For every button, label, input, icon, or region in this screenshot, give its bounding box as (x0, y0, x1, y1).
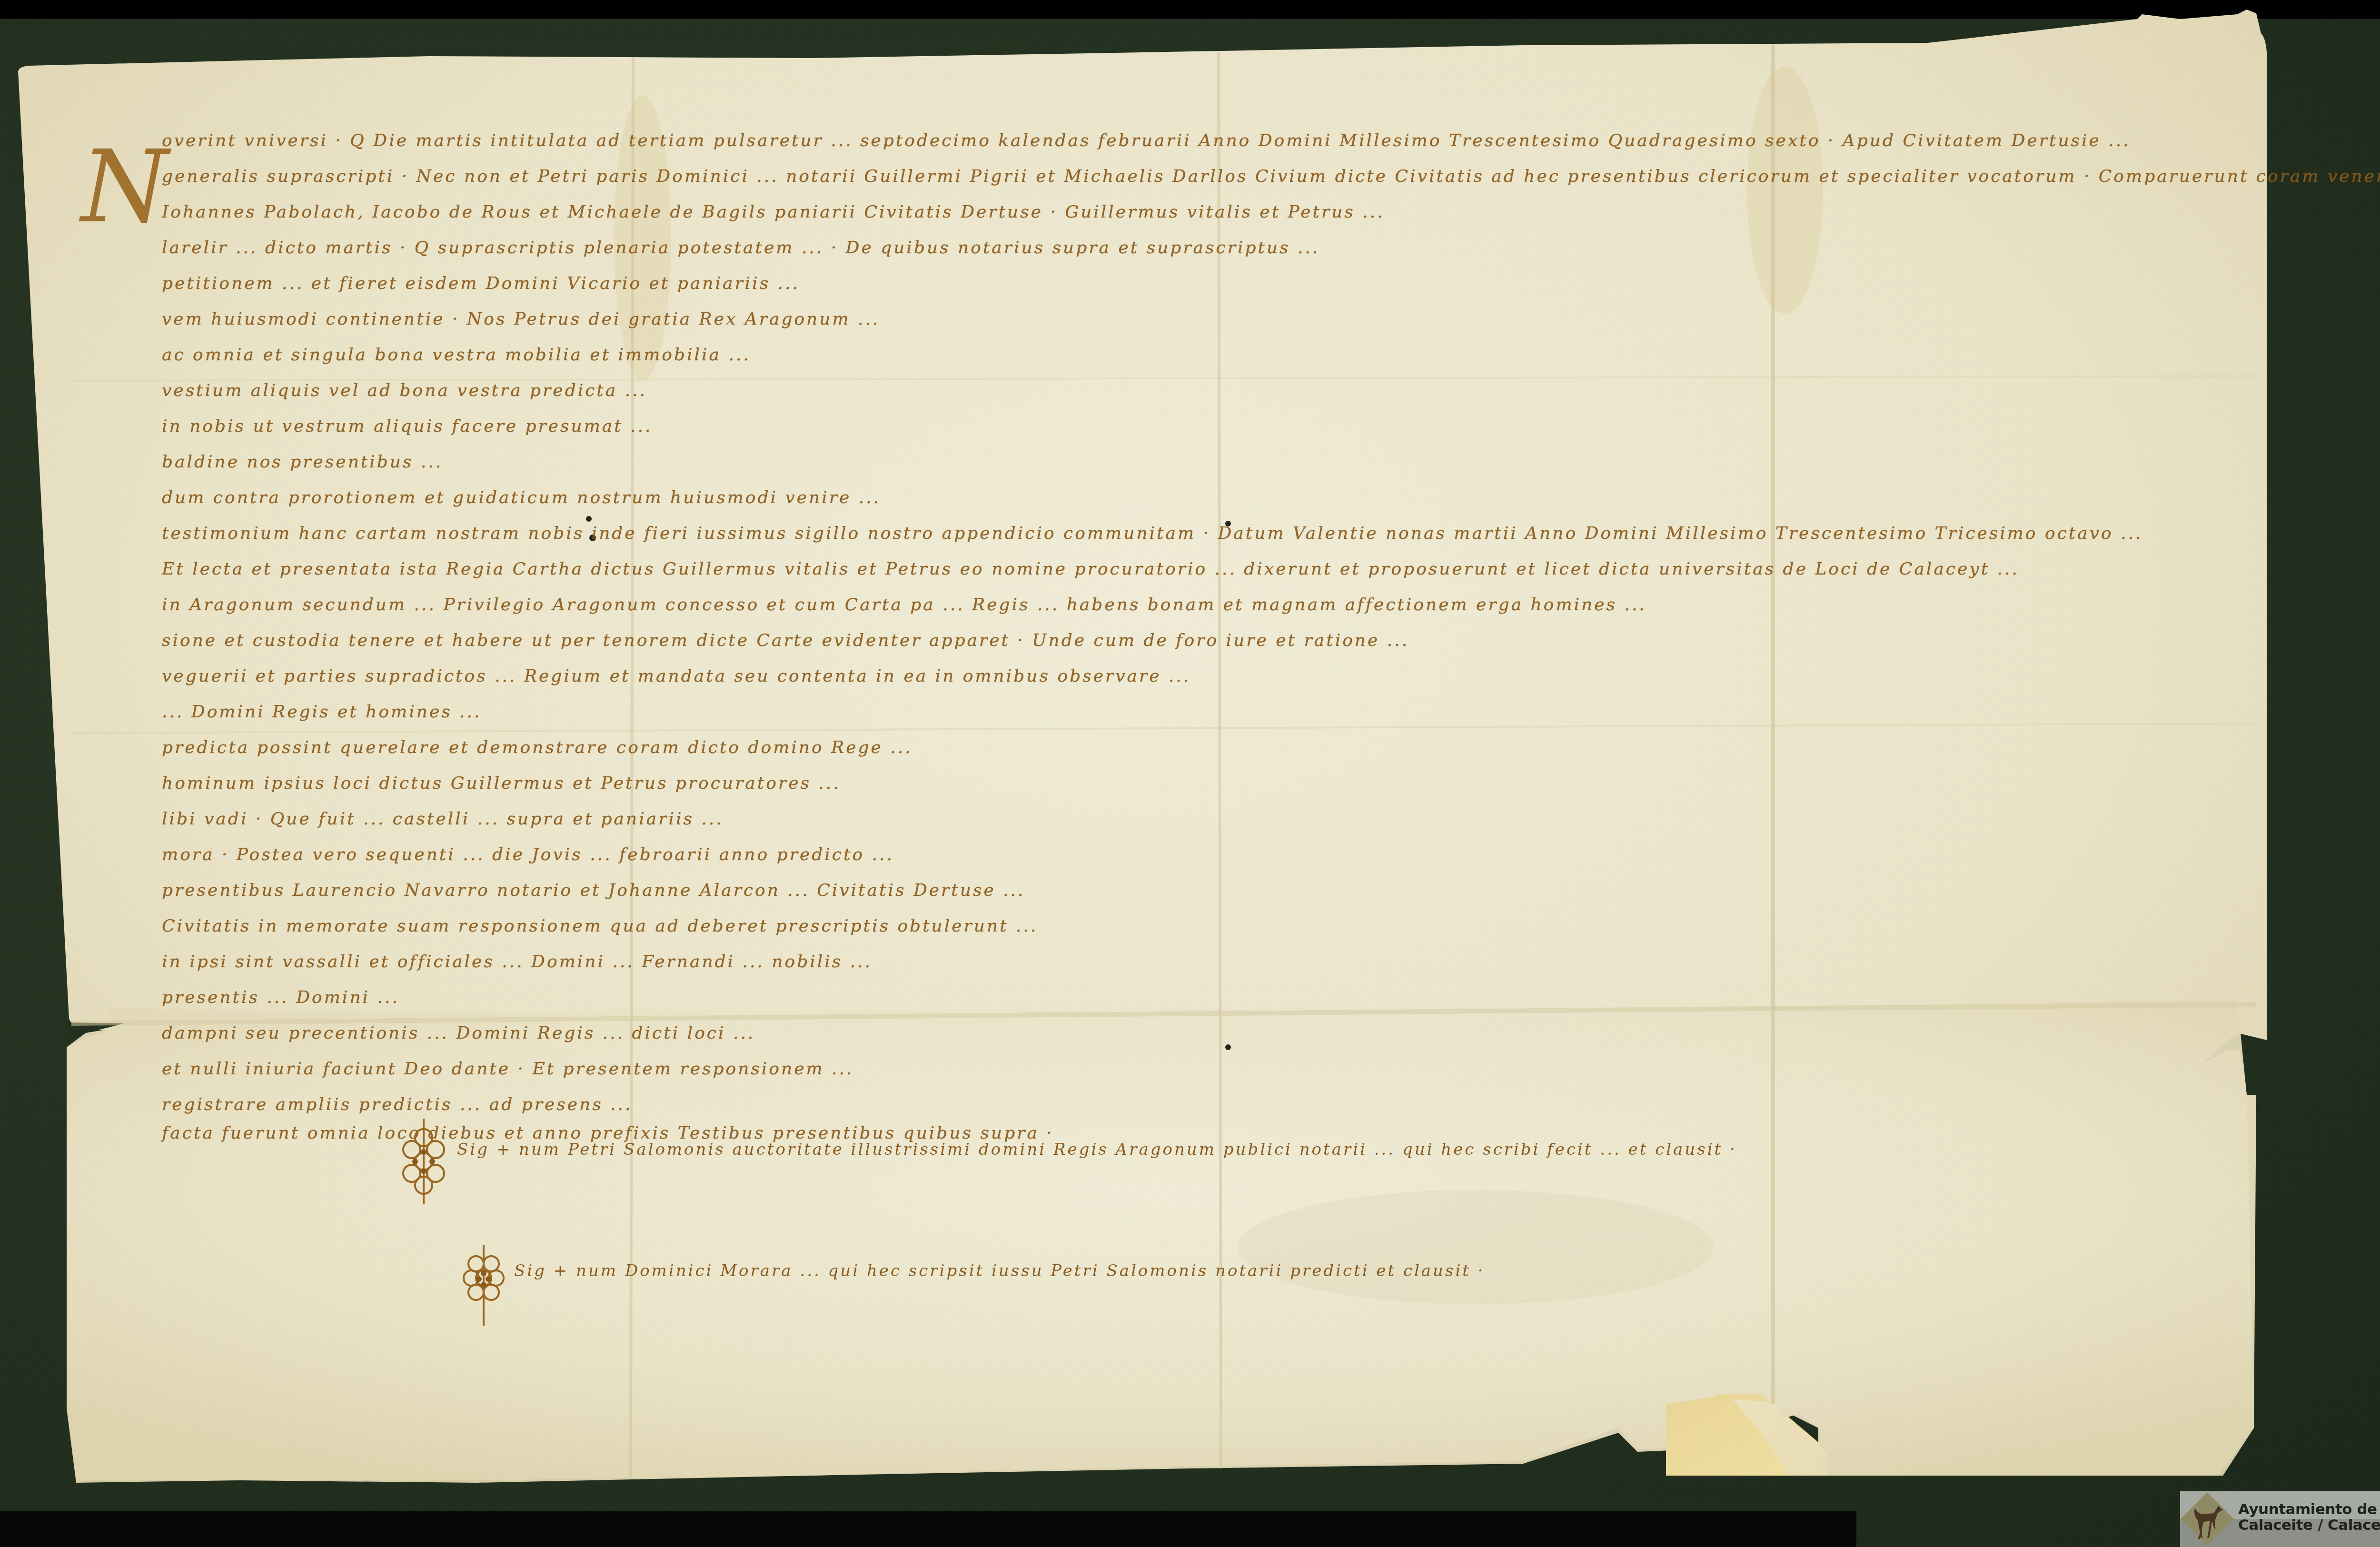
text-line: veguerii et parties supradictos ... Regi… (162, 666, 1190, 686)
text-line: Iohannes Pabolach, Iacobo de Rous et Mic… (162, 202, 1385, 222)
text-line: mora · Postea vero sequenti ... die Jovi… (162, 845, 894, 864)
text-line: Et lecta et presentata ista Regia Cartha… (162, 559, 2019, 579)
text-line: libi vadi · Que fuit ... castelli ... su… (162, 809, 724, 829)
text-line: testimonium hanc cartam nostram nobis in… (162, 524, 2143, 543)
municipality-watermark: Ayuntamiento de Calaceite / Calaceit (2180, 1491, 2380, 1547)
text-line: vestium aliquis vel ad bona vestra predi… (162, 381, 647, 400)
rosette-notarial-sign-icon (390, 1119, 457, 1204)
text-line: Civitatis in memorate suam responsionem … (162, 916, 1038, 936)
rosette-notarial-sign-icon (457, 1245, 509, 1330)
text-line: in nobis ut vestrum aliquis facere presu… (162, 416, 653, 436)
text-line: dampni seu precentionis ... Domini Regis… (162, 1023, 755, 1043)
notarial-subscription-2: Sig + num Dominici Morara ... qui hec sc… (514, 1261, 1485, 1280)
notarial-sign-1 (390, 1119, 457, 1206)
text-line: larelir ... dicto martis · Q suprascript… (162, 238, 1319, 258)
text-line: dum contra prorotionem et guidaticum nos… (162, 488, 881, 507)
text-line: in ipsi sint vassalli et officiales ... … (162, 952, 872, 972)
notarial-sign-2 (457, 1245, 509, 1332)
text-line: baldine nos presentibus ... (162, 452, 443, 472)
text-line: registrare ampliis predictis ... ad pres… (162, 1095, 632, 1114)
watermark-line-2: Calaceite / Calaceit (2238, 1517, 2380, 1533)
decorated-initial-letter: N (81, 129, 169, 245)
text-line: predicta possint querelare et demonstrar… (162, 738, 912, 757)
text-line: ac omnia et singula bona vestra mobilia … (162, 345, 751, 365)
text-line: hominum ipsius loci dictus Guillermus et… (162, 773, 841, 793)
greyhound-dog-icon (2181, 1492, 2234, 1546)
text-line: ... Domini Regis et homines ... (162, 702, 481, 722)
text-line: presentibus Laurencio Navarro notario et… (162, 881, 1025, 900)
text-line: presentis ... Domini ... (162, 988, 399, 1007)
text-line: overint vniversi · Q Die martis intitula… (162, 131, 2131, 150)
notarial-subscription-1: Sig + num Petri Salomonis auctoritate il… (457, 1140, 1737, 1159)
text-line: vem huiusmodi continentie · Nos Petrus d… (162, 309, 880, 329)
text-line: petitionem ... et fieret eisdem Domini V… (162, 274, 800, 293)
watermark-text: Ayuntamiento de Calaceite / Calaceit (2238, 1502, 2380, 1533)
watermark-line-1: Ayuntamiento de (2238, 1502, 2380, 1517)
text-line: et nulli iniuria faciunt Deo dante · Et … (162, 1059, 853, 1079)
text-line: in Aragonum secundum ... Privilegio Arag… (162, 595, 1646, 615)
text-line: generalis suprascripti · Nec non et Petr… (162, 167, 2380, 186)
text-line: sione et custodia tenere et habere ut pe… (162, 631, 1409, 650)
